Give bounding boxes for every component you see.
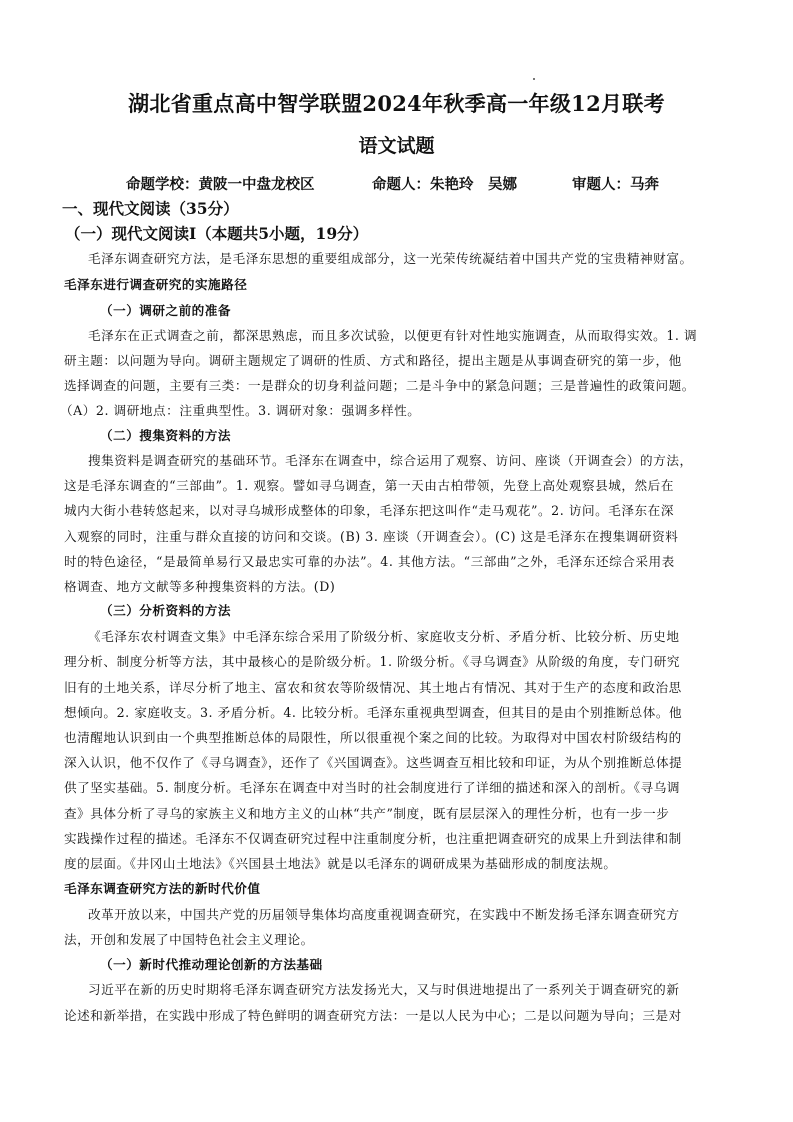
subsection-title: （一）现代文阅读Ⅰ（本题共5小题，19分） xyxy=(65,222,368,244)
paragraph-line: 想倾向。2. 家庭收支。3. 矛盾分析。4. 比较分析。毛泽东重视典型调查，但其… xyxy=(64,702,682,721)
section-title: 一、现代文阅读（35分） xyxy=(62,197,239,219)
paragraph-line: 理分析、制度分析等方法，其中最核心的是阶级分析。1. 阶级分析。《寻乌调查》从阶… xyxy=(64,651,680,670)
exam-subtitle: 语文试题 xyxy=(0,131,793,158)
author-label: 命题人：朱艳玲 吴娜 xyxy=(372,173,517,194)
paragraph-line: 选择调查的问题，主要有三类：一是群众的切身利益问题；二是斗争中的紧急问题；三是普… xyxy=(64,375,695,394)
article-subheading: （一）调研之前的准备 xyxy=(100,300,231,319)
article-heading: 毛泽东进行调查研究的实施路径 xyxy=(64,274,247,293)
article-subheading: （二）搜集资料的方法 xyxy=(100,425,231,444)
reviewer-label: 审题人：马奔 xyxy=(572,173,659,194)
paragraph-line: 城内大街小巷转悠起来，以对寻乌城形成整体的印象，毛泽东把这叫作“走马观花”。2.… xyxy=(64,500,674,519)
paragraph-line: 研主题：以问题为导向。调研主题规定了调研的性质、方式和路径，提出主题是从事调查研… xyxy=(64,350,682,369)
school-label: 命题学校：黄陂一中盘龙校区 xyxy=(126,173,315,194)
paragraph-line: 供了坚实基础。5. 制度分析。毛泽东在调查中对当时的社会制度进行了详细的描述和深… xyxy=(64,777,680,796)
paragraph-line: 旧有的土地关系，详尽分析了地主、富农和贫农等阶级情况、其土地占有情况、其对于生产… xyxy=(64,677,682,696)
paragraph-line: 习近平在新的历史时期将毛泽东调查研究方法发扬光大，又与时俱进地提出了一系列关于调… xyxy=(88,979,679,998)
paragraph-line: 格调查、地方文献等多种搜集资料的方法。(D) xyxy=(64,576,335,595)
paragraph-line: 时的特色途径，“是最简单易行又最忠实可靠的办法”。4. 其他方法。“三部曲”之外… xyxy=(64,551,675,570)
paragraph-line: 论述和新举措，在实践中形成了特色鲜明的调查研究方法：一是以人民为中心；二是以问题… xyxy=(64,1005,682,1024)
paragraph-line: 深入认识，他不仅作了《寻乌调查》，还作了《兴国调查》。这些调查互相比较和印证，为… xyxy=(64,752,682,771)
stray-mark xyxy=(533,78,535,80)
paragraph-line: 法，开创和发展了中国特色社会主义理论。 xyxy=(64,929,314,948)
exam-title: 湖北省重点高中智学联盟2024年秋季高一年级12月联考 xyxy=(0,88,793,118)
paragraph-line: 《毛泽东农村调查文集》中毛泽东综合采用了阶级分析、家庭收支分析、矛盾分析、比较分… xyxy=(88,626,679,645)
paragraph-line: 毛泽东调查研究方法，是毛泽东思想的重要组成部分，这一光荣传统凝结着中国共产党的宝… xyxy=(88,248,693,267)
paragraph-line: 改革开放以来，中国共产党的历届领导集体均高度重视调查研究，在实践中不断发扬毛泽东… xyxy=(88,904,679,923)
article-subheading: （一）新时代推动理论创新的方法基础 xyxy=(100,954,323,973)
paragraph-line: （A）2. 调研地点：注重典型性。3. 调研对象：强调多样性。 xyxy=(60,400,420,419)
paragraph-line: 实践操作过程的描述。毛泽东不仅调查研究过程中注重制度分析，也注重把调查研究的成果… xyxy=(64,828,682,847)
paragraph-line: 入观察的同时，注重与群众直接的访问和交谈。(B) 3. 座谈（开调查会）。(C)… xyxy=(64,526,678,545)
paragraph-line: 度的层面。《井冈山土地法》《兴国县土地法》就是以毛泽东的调研成果为基础形成的制度… xyxy=(64,853,617,872)
paragraph-line: 查》具体分析了寻乌的家族主义和地方主义的山林“共产”制度，既有层层深入的理性分析… xyxy=(64,803,669,822)
article-subheading: （三）分析资料的方法 xyxy=(100,600,231,619)
paragraph-line: 毛泽东在正式调查之前，都深思熟虑，而且多次试验，以便更有针对性地实施调查，从而取… xyxy=(88,325,697,344)
paragraph-line: 也清醒地认识到由一个典型推断总体的局限性，所以很重视个案之间的比较。为取得对中国… xyxy=(64,727,682,746)
article-heading: 毛泽东调查研究方法的新时代价值 xyxy=(64,878,260,897)
paragraph-line: 这是毛泽东调查的“三部曲”。1. 观察。譬如寻乌调查，第一天由古柏带领，先登上高… xyxy=(64,475,674,494)
paragraph-line: 搜集资料是调查研究的基础环节。毛泽东在调查中，综合运用了观察、访问、座谈（开调查… xyxy=(88,450,693,469)
